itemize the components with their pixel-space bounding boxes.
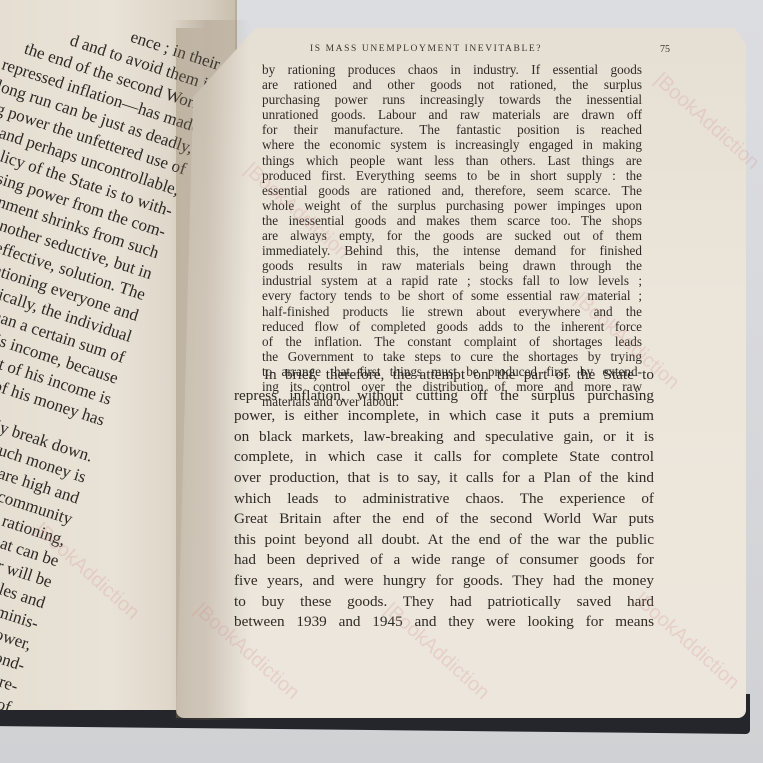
text-line: unrationed goods. Labour and raw materia… [262,107,642,122]
text-line: are rationed and other goods not ratione… [262,77,642,92]
text-line: things which people want less than other… [262,153,642,168]
text-line: produced first. Everything seems to be i… [262,168,642,183]
text-line: every factory tends to be short of some … [262,288,642,303]
text-line: where the economic system is increasingl… [262,137,642,152]
text-line: on black markets, law-breaking and specu… [234,427,654,448]
paragraph-1: by rationing produces chaos in industry.… [262,62,642,409]
text-line: had been deprived of a wide range of con… [234,550,654,571]
text-line: five years, and were hungry for goods. T… [234,571,654,592]
text-line: between 1939 and 1945 and they were look… [234,612,654,633]
text-line: repress inflation, without cutting off t… [234,386,654,407]
text-line: this point beyond all doubt. At the end … [234,530,654,551]
text-line: the inessential goods and makes them sca… [262,213,642,228]
text-line: over production, that is to say, it call… [234,468,654,489]
text-line: to buy these goods. They had patriotical… [234,592,654,613]
text-line: by rationing produces chaos in industry.… [262,62,642,77]
text-line: reduced flow of completed goods adds to … [262,319,642,334]
text-line: immediately. Behind this, the intense de… [262,243,642,258]
text-line: complete, in which case it calls for com… [234,447,654,468]
text-line: half-finished products lie strewn about … [262,304,642,319]
text-line: are always empty, for the goods are suck… [262,228,642,243]
text-line: Great Britain after the end of the secon… [234,509,654,530]
text-line: for their manufacture. The fantastic pos… [262,122,642,137]
text-line: essential goods are rationed and, theref… [262,183,642,198]
text-line: goods results in raw materials being dra… [262,258,642,273]
text-line: In brief, therefore, the attempt on the … [234,365,654,386]
paragraph-2: In brief, therefore, the attempt on the … [234,365,654,633]
text-line: of the inflation. The constant complaint… [262,334,642,349]
running-head-title: IS MASS UNEMPLOYMENT INEVITABLE? [310,44,542,55]
text-line: which leads to administrative chaos. The… [234,489,654,510]
text-line: purchasing power runs increasingly towar… [262,92,642,107]
running-head: IS MASS UNEMPLOYMENT INEVITABLE? 75 [310,44,670,55]
text-line: whole weight of the surplus purchasing p… [262,198,642,213]
text-line: the Government to take steps to cure the… [262,349,642,364]
text-line: power, is either incomplete, in which ca… [234,406,654,427]
text-line: industrial system at a rapid rate ; stoc… [262,273,642,288]
page-number: 75 [660,44,670,55]
